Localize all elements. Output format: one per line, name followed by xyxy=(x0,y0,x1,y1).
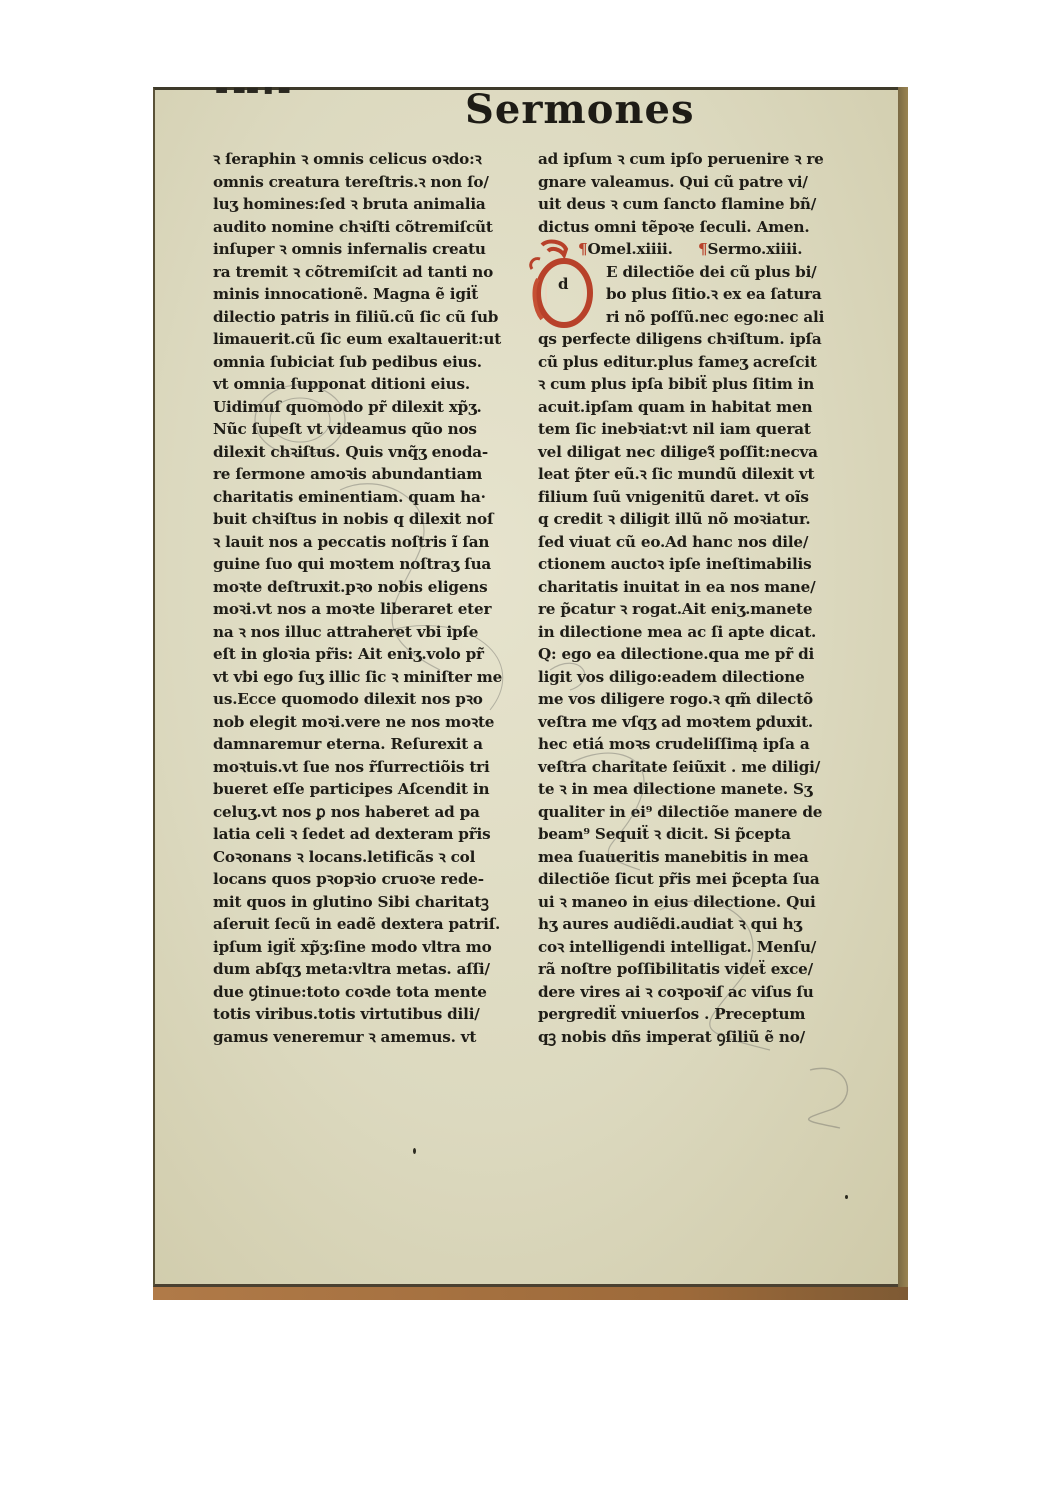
text-line: latia celi ꝛ ſedet ad dexteram pr̃is xyxy=(213,823,525,846)
text-line: audito nomine chꝛiſti cõtremiſcũt xyxy=(213,216,525,239)
text-line: guine ſuo qui moꝛtem noſtraʒ ſua xyxy=(213,553,525,576)
text-line: due ꝯtinue:toto coꝛde tota mente xyxy=(213,981,525,1004)
text-line: minis innocationẽ. Magna ẽ igiẗ xyxy=(213,283,525,306)
text-line: dilectiõe ſicut pr̃is mei p̃cepta ſua xyxy=(538,868,856,891)
book-page: ▬ ▬▬ ▪ ▬ Sermones ꝛ ſeraphin ꝛ omnis cel… xyxy=(153,87,898,1287)
page-scan: ▬ ▬▬ ▪ ▬ Sermones ꝛ ſeraphin ꝛ omnis cel… xyxy=(153,87,908,1300)
text-line: tem ſic inebꝛiat:vt nil iam querat xyxy=(538,418,856,441)
text-line: ad ipſum ꝛ cum ipſo peruenire ꝛ re xyxy=(538,148,856,171)
text-line: in dilectione mea ac ſi apte dicat. xyxy=(538,621,856,644)
text-line: leat p̃ter eũ.ꝛ ſic mundũ dilexit vt xyxy=(538,463,856,486)
text-line: re ſermone amoꝛis abundantiam xyxy=(213,463,525,486)
text-line: mit quos in glutino Sibi charitatꝫ xyxy=(213,891,525,914)
text-line: ſed viuat cũ eo.Ad hanc nos dile/ xyxy=(538,531,856,554)
text-line: Q: ego ea dilectione.qua me pr̃ di xyxy=(538,643,856,666)
text-line: Nũc ſupeſt vt videamus qũo nos xyxy=(213,418,525,441)
text-line: me vos diligere rogo.ꝛ qm̃ dilectõ xyxy=(538,688,856,711)
text-line: gamus veneremur ꝛ amemus. vt xyxy=(213,1026,525,1049)
text-line: dilectio patris in filiũ.cũ ſic cũ ſub xyxy=(213,306,525,329)
text-line: ipſum igiẗ xp̃ʒ:ſine modo vltra mo xyxy=(213,936,525,959)
text-line: rã noſtre poſſibilitatis videẗ exce/ xyxy=(538,958,856,981)
text-line: veſtra me vſqʒ ad moꝛtem ꝑduxit. xyxy=(538,711,856,734)
text-line: ꝛ cum plus ipſa bibiẗ plus ſitim in xyxy=(538,373,856,396)
text-line: ꝛ lauit nos a peccatis noſtris ĩ ſan xyxy=(213,531,525,554)
text-line: qs perfecte diligens chꝛiſtum. ipſa xyxy=(538,328,856,351)
text-line: vel diligat nec diligeꝛ̃ poſſit:necva xyxy=(538,441,856,464)
text-line: limauerit.cũ ſic eum exaltauerit:ut xyxy=(213,328,525,351)
text-line: cũ plus editur.plus fameʒ acreſcit xyxy=(538,351,856,374)
text-line: aſeruit ſecũ in eadẽ dextera patriſ. xyxy=(213,913,525,936)
text-line: re p̃catur ꝛ rogat.Ait eniʒ.manete xyxy=(538,598,856,621)
rubricated-initial: d xyxy=(528,239,600,331)
text-line: ra tremit ꝛ cõtremiſcit ad tanti no xyxy=(213,261,525,284)
ink-speck xyxy=(413,1148,416,1154)
text-line: ui ꝛ maneo in eius dilectione. Qui xyxy=(538,891,856,914)
text-line: moꝛte deſtruxit.pꝛo nobis eligens xyxy=(213,576,525,599)
homily-number: Omel.xiiii. xyxy=(587,240,672,258)
text-line: us.Ecce quomodo dilexit nos pꝛo xyxy=(213,688,525,711)
text-line: damnaremur eterna. Reſurexit a xyxy=(213,733,525,756)
text-line: vt omnia ſupponat ditioni eius. xyxy=(213,373,525,396)
ink-speck xyxy=(845,1195,848,1199)
text-line: celuʒ.vt nos ꝑ nos haberet ad pa xyxy=(213,801,525,824)
text-line: dere vires ai ꝛ coꝛpoꝛiſ ac viſus ſu xyxy=(538,981,856,1004)
text-line: moꝛtuis.vt ſue nos r̃ſurrectiõis tri xyxy=(213,756,525,779)
text-line: charitatis inuitat in ea nos mane/ xyxy=(538,576,856,599)
text-line: dum abſqʒ meta:vltra metas. aſſi/ xyxy=(213,958,525,981)
text-line: totis viribus.totis virtutibus dili/ xyxy=(213,1003,525,1026)
text-line: qꝫ nobis dñs imperat ꝯſiliũ ẽ no/ xyxy=(538,1026,856,1049)
text-line: gnare valeamus. Qui cũ patre vi/ xyxy=(538,171,856,194)
text-line: nob elegit moꝛi.vere ne nos moꝛte xyxy=(213,711,525,734)
text-line: mea ſuaueritis manebitis in mea xyxy=(538,846,856,869)
text-line: omnia ſubiciat ſub pedibus eius. xyxy=(213,351,525,374)
text-line: ꝛ ſeraphin ꝛ omnis celicus oꝛdo:ꝛ xyxy=(213,148,525,171)
book-spine-edge xyxy=(898,87,908,1300)
text-line: eſt in gloꝛia pr̃is: Ait eniʒ.volo pr̃ xyxy=(213,643,525,666)
text-line: acuit.ipſam quam in habitat men xyxy=(538,396,856,419)
bleed-through-text: ▬ ▬▬ ▪ ▬ xyxy=(215,82,415,92)
text-line: omnis creatura tereſtris.ꝛ non ſo/ xyxy=(213,171,525,194)
text-line: buit chꝛiſtus in nobis q dilexit noſ xyxy=(213,508,525,531)
text-line: qualiter in ei⁹ dilectiõe manere de xyxy=(538,801,856,824)
text-line: dilexit chꝛiſtus. Quis vnq̃ʒ enoda- xyxy=(213,441,525,464)
text-line: veſtra charitate ſeiũxit . me diligi/ xyxy=(538,756,856,779)
text-line: locans quos pꝛopꝛio cruoꝛe rede- xyxy=(213,868,525,891)
text-line: luʒ homines:ſed ꝛ bruta animalia xyxy=(213,193,525,216)
text-line: vt vbi ego ſuʒ illic ſic ꝛ miniſter me xyxy=(213,666,525,689)
guide-letter: d xyxy=(558,275,569,293)
sermon-number: Sermo.xiiii. xyxy=(707,240,802,258)
text-line: hec etiá moꝛs crudeliſſimą ipſa a xyxy=(538,733,856,756)
text-line: pergrediẗ vniuerſos . Preceptum xyxy=(538,1003,856,1026)
text-line: dictus omni tẽpoꝛe ſeculi. Amen. xyxy=(538,216,856,239)
text-line: na ꝛ nos illuc attraheret vbi ipſe xyxy=(213,621,525,644)
text-line: beam⁹ Sequiẗ ꝛ dicit. Si p̃cepta xyxy=(538,823,856,846)
text-line: Coꝛonans ꝛ locans.letificãs ꝛ col xyxy=(213,846,525,869)
text-line: ligit vos diligo:eadem dilectione xyxy=(538,666,856,689)
text-line: bueret eſſe participes Aſcendit in xyxy=(213,778,525,801)
text-line: te ꝛ in mea dilectione manete. Sʒ xyxy=(538,778,856,801)
text-line: moꝛi.vt nos a moꝛte liberaret eter xyxy=(213,598,525,621)
book-board-edge xyxy=(153,1287,908,1300)
text-line: coꝛ intelligendi intelligat. Menſu/ xyxy=(538,936,856,959)
running-head: Sermones xyxy=(465,88,665,132)
left-column: ꝛ ſeraphin ꝛ omnis celicus oꝛdo:ꝛ omnis … xyxy=(213,148,525,1048)
text-line: Uidimuſ quomodo pr̃ dilexit xp̃ʒ. xyxy=(213,396,525,419)
text-line: inſuper ꝛ omnis infernalis creatu xyxy=(213,238,525,261)
text-line: hʒ aures audiẽdi.audiat ꝛ qui hʒ xyxy=(538,913,856,936)
text-line: uit deus ꝛ cum ſancto flamine bñ/ xyxy=(538,193,856,216)
text-line: charitatis eminentiam. quam ha· xyxy=(213,486,525,509)
text-line: filium ſuũ vnigenitũ daret. vt oĩs xyxy=(538,486,856,509)
text-line: q credit ꝛ diligit illũ nõ moꝛiatur. xyxy=(538,508,856,531)
text-line: ctionem auctoꝛ ipſe ineſtimabilis xyxy=(538,553,856,576)
